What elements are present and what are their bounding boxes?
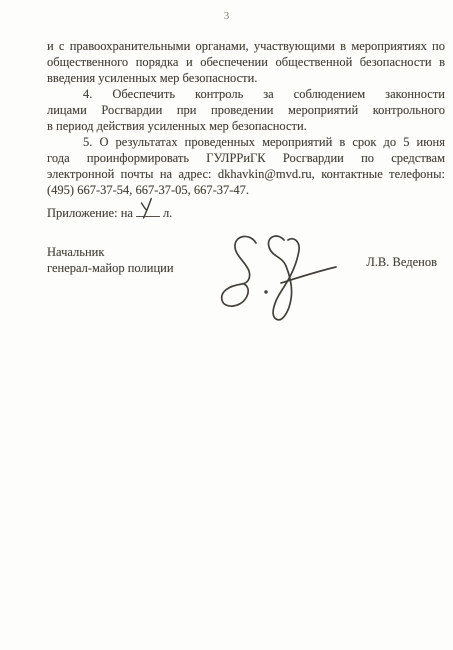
attachment-count-blank — [136, 204, 160, 217]
signature-dot — [264, 290, 267, 293]
text-line: года проинформировать ГУЛРРиГК Росгварди… — [47, 150, 445, 166]
attachment-unit: л. — [163, 206, 172, 220]
text-line: 5. О результатах проведенных мероприятий… — [47, 134, 445, 150]
text-line: электронной почты на адрес: dkhavkin@mvd… — [47, 166, 445, 182]
page-number: 3 — [0, 10, 453, 22]
attachment-label: Приложение: на — [47, 206, 133, 220]
paragraph-item-4: 4. Обеспечить контроль за соблюдением за… — [47, 86, 445, 134]
text-line: введения усиленных мер безопасности. — [47, 70, 445, 86]
handwritten-count-mark — [139, 197, 154, 219]
paragraph-item-5: 5. О результатах проведенных мероприятий… — [47, 134, 445, 198]
text-line: лицами Росгвардии при проведении меропри… — [47, 102, 445, 118]
scanned-document-page: 3 и с правоохранительными органами, учас… — [0, 0, 453, 650]
text-line: общественного порядка и обеспечении обще… — [47, 54, 445, 70]
text-line: в период действия усиленных мер безопасн… — [47, 118, 445, 134]
attachment-line: Приложение: на л. — [47, 204, 445, 222]
signature — [213, 231, 341, 333]
text-line: (495) 667-37-54, 667-37-05, 667-37-47. — [47, 182, 445, 198]
signer-name: Л.В. Веденов — [366, 255, 437, 270]
paragraph-intro: и с правоохранительными органами, участв… — [47, 38, 445, 86]
text-line: 4. Обеспечить контроль за соблюдением за… — [47, 86, 445, 102]
text-line: и с правоохранительными органами, участв… — [47, 38, 445, 54]
